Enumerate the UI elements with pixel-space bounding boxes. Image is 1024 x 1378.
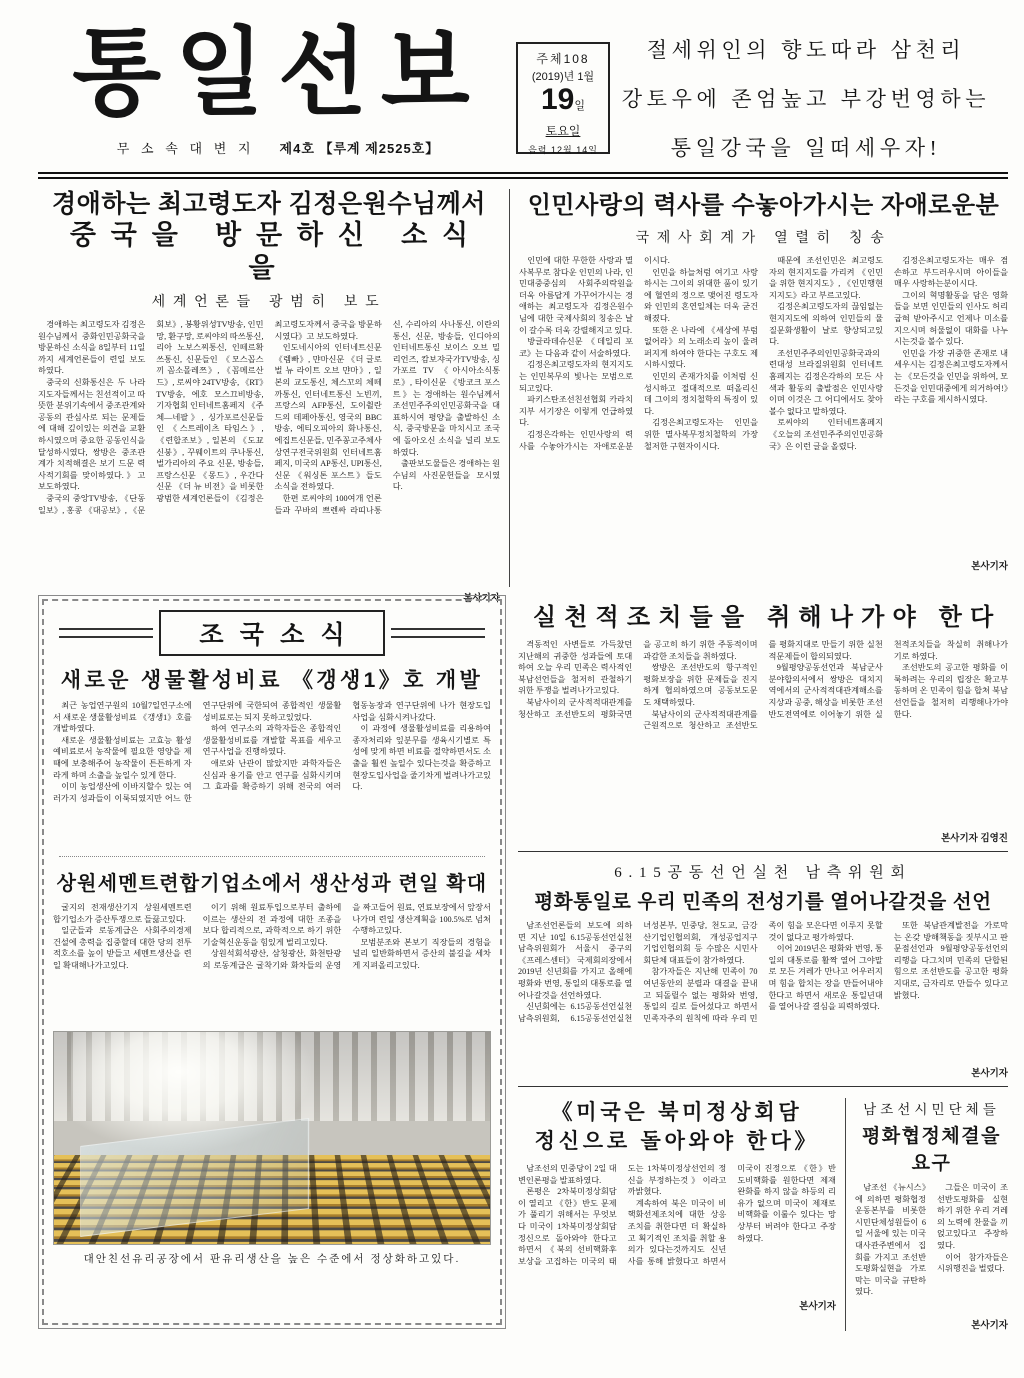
photo-caption: 대안친선유리공장에서 판유리생산을 높은 수준에서 정상화하고있다. bbox=[53, 1251, 491, 1266]
paragraph: 인민을 하늘처럼 여기고 사랑하시는 그이의 위대한 품이 있기에 혈연의 정으… bbox=[644, 267, 758, 325]
paragraph: 인민의 존재가치를 이처럼 신성시하고 절대적으로 떠올리신데 그이의 정치철학… bbox=[644, 371, 758, 417]
kicker-peace: 남조선시민단체들 bbox=[855, 1098, 1008, 1118]
subhead-china-visit: 세계언론들 광범히 보도 bbox=[38, 291, 500, 311]
paragraph: 파키스탄조선친선협회 카라치지부 서기장은 이렇게 언급하였다. bbox=[519, 394, 633, 429]
byline: 본사기자 bbox=[518, 1298, 836, 1312]
paragraph: 이기 위해 원료투입으로부터 출하에 이르는 생산의 전 과정에 대한 조종을 … bbox=[203, 902, 342, 948]
newspaper-page: 통일선보 무소속대변지 제4호 【루계 제2525호】 주체108 (2019)… bbox=[0, 0, 1024, 1378]
article-body: 인민에 대한 무한한 사랑과 멸사복무로 참다운 인민의 나라, 인민대중중심의… bbox=[519, 255, 1008, 555]
headline-peace: 평화협정체결을 요구 bbox=[855, 1121, 1008, 1175]
article-body: 격동적인 사변들로 가득찼던 지난해의 귀중한 성과들에 토대하여 오늘 우리 … bbox=[518, 639, 1008, 827]
headline-measures: 실천적조치들을 취해나가야 한다 bbox=[518, 597, 1008, 632]
paragraph: 인도네시아의 인터네트신문 《렘빠》, 먄마신문 《더 글로벌 뉴 라이트 오브… bbox=[275, 342, 382, 493]
bottom-section: 조국소식 새로운 생물활성비료 《갱생1》호 개발 최근 농업연구원의 10월7… bbox=[38, 595, 1008, 1331]
paragraph: 조선반도의 공고한 평화를 이룩하려는 우리의 립장은 확고부동하며 온 민족이… bbox=[894, 662, 1008, 720]
headline-us-line1: 《미국은 북미정상회담 bbox=[518, 1098, 836, 1127]
paragraph: 때문에 조선인민은 최고령도자의 현지지도를 가리켜 《인민을 위한 현지지도》… bbox=[769, 255, 883, 301]
masthead-subline: 무소속대변지 제4호 【루계 제2525호】 bbox=[68, 138, 488, 157]
paragraph: 인민에 대한 무한한 사랑과 멸사복무로 참다운 인민의 나라, 인민대중중심의… bbox=[519, 255, 633, 336]
masthead: 통일선보 무소속대변지 제4호 【루계 제2525호】 주체108 (2019)… bbox=[38, 26, 1008, 168]
paragraph: 하여 연구소의 과학자들은 종합적인 생물활성비료를 개발할 목표를 세우고 연… bbox=[203, 723, 342, 758]
paragraph: 또한 온 나라에 《세상에 부럼없어라》의 노래소리 높이 울려퍼지게 하여야 … bbox=[644, 325, 758, 371]
paragraph: 김정은최고령도자의 현지지도는 인민복무의 빛나는 모범으로 되고있다. bbox=[519, 359, 633, 394]
paragraph: 남조선의 민중당이 2일 대변인론평을 발표하였다. bbox=[518, 1163, 617, 1186]
paragraph: 굴지의 전재생산기지 상원세멘트련합기업소가 증산투쟁으로 들끓고있다. bbox=[53, 902, 192, 925]
article-people-love: 인민사랑의 력사를 수놓아가시는 자애로운분 국제사회계가 열렬히 칭송 인민에… bbox=[519, 185, 1008, 587]
byline: 본사기자 bbox=[855, 1317, 1008, 1331]
top-stories: 경애하는 최고령도자 김정은원수님께서 중국을 방문하신 소식을 세계언론들 광… bbox=[38, 185, 1008, 587]
paragraph: 남조선 《뉴시스》에 의하면 평화협정운동본부를 비롯한 시민단체성원들이 6일… bbox=[855, 1182, 926, 1298]
article-body: 굴지의 전재생산기지 상원세멘트련합기업소가 증산투쟁으로 들끓고있다.일군들과… bbox=[53, 902, 491, 1024]
paragraph: 모범분조와 본보기 직장들의 경험을 널리 일반화하면서 증산의 불길을 세차게… bbox=[352, 937, 491, 972]
paragraph: 남조선언론들의 보도에 의하면 지난 10일 6.15공동선언실천 남측위원회가… bbox=[518, 920, 632, 1001]
section-header: 조국소식 bbox=[53, 610, 491, 656]
headline-us-summit: 《미국은 북미정상회담 정신으로 돌아와야 한다》 bbox=[518, 1098, 836, 1156]
headline-people-love: 인민사랑의 력사를 수놓아가시는 자애로운분 bbox=[519, 191, 1008, 221]
headline-china-visit-line2: 중국을 방문하신 소식을 bbox=[38, 219, 500, 285]
factory-photo bbox=[53, 1031, 491, 1245]
article-body: 최근 농업연구원의 10월7일연구소에서 새로운 생물활성비료 《갱생1》호를 … bbox=[53, 700, 491, 848]
paragraph: 김정은최고령도자는 인민을 위한 멸사복무정치철학의 가장 철저한 구현자이시다… bbox=[644, 417, 758, 452]
article-body: 남조선 《뉴시스》에 의하면 평화협정운동본부를 비롯한 시민단체성원들이 6일… bbox=[855, 1182, 1008, 1314]
day-unit: 일 bbox=[574, 100, 585, 112]
article-615: 6.15공동선언실천 남측위원회 평화통일로 우리 민족의 전성기를 열어나갈것… bbox=[518, 859, 1008, 1079]
paragraph: 조선민주주의인민공화국과의 련대성 브라질위원회 인터네트홈페지는 김정은각하의… bbox=[769, 348, 883, 418]
headline-cement: 상원세멘트련합기업소에서 생산성과 련일 확대 bbox=[53, 867, 491, 896]
lunar-date: 음력 12월 14일 bbox=[518, 143, 608, 156]
section-rule bbox=[518, 1086, 1008, 1087]
headline-us-line2: 정신으로 돌아와야 한다》 bbox=[518, 1127, 836, 1156]
date-box: 주체108 (2019)년 1월 19일 토요일 음력 12월 14일 bbox=[516, 42, 610, 154]
paragraph: 이 과정에 생물활성비료를 리용하여 종자처리와 잎분무를 생육시기별로 특성에… bbox=[352, 723, 491, 793]
article-body: 남조선언론들의 보도에 의하면 지난 10일 6.15공동선언실천 남측위원회가… bbox=[518, 920, 1008, 1062]
article-measures: 실천적조치들을 취해나가야 한다 격동적인 사변들로 가득찼던 지난해의 귀중한… bbox=[518, 595, 1008, 844]
homeland-news-inner: 조국소식 새로운 생물활성비료 《갱생1》호 개발 최근 농업연구원의 10월7… bbox=[42, 599, 502, 1325]
byline: 본사기자 bbox=[519, 558, 1008, 572]
paragraph: 그이의 혁명활동을 담은 영화들을 보면 인민들의 인사도 허리굽혀 받아주시고… bbox=[894, 290, 1008, 348]
paragraph: 최근 농업연구원의 10월7일연구소에서 새로운 생물활성비료 《갱생1》호를 … bbox=[53, 700, 192, 735]
article-body: 경애하는 최고령도자 김정은원수님께서 중화인민공화국을 방문하신 소식을 8일… bbox=[38, 319, 500, 587]
subhead-people-love: 국제사회계가 열렬히 칭송 bbox=[519, 227, 1008, 247]
article-us-summit: 《미국은 북미정상회담 정신으로 돌아와야 한다》 남조선의 민중당이 2일 대… bbox=[518, 1094, 836, 1331]
paragraph: 출판보도물들은 경애하는 원수님의 사진문헌들을 모시였다. bbox=[393, 458, 500, 493]
article-peace-treaty: 남조선시민단체들 평화협정체결을 요구 남조선 《뉴시스》에 의하면 평화협정운… bbox=[855, 1094, 1008, 1331]
paragraph: 로씨야의 인터네트홈페지 《오늘의 조선민주주의인민공화국》은 이런 글을 올렸… bbox=[769, 417, 883, 452]
byline: 본사기자 김영진 bbox=[518, 830, 1008, 844]
tagline: 무소속대변지 bbox=[117, 141, 263, 156]
paragraph: 방글라데슈신문 《데일리 포코》는 다음과 같이 서술하였다. bbox=[519, 336, 633, 359]
paragraph: 새로운 생물활성비료는 고효능 활성예비료로서 농작물에 필요한 영양을 제때에… bbox=[53, 735, 192, 781]
paragraph: 김정은최고령도자의 끊임없는 현지지도에 의하여 인민들의 물질문화생활이 날로… bbox=[769, 301, 883, 347]
paragraph: 중국의 신화통신은 두 나라 지도자들께서는 친선적이고 따뜻한 분위기속에서 … bbox=[38, 377, 145, 493]
juche-year: 주체108 bbox=[518, 50, 608, 67]
paragraph: 그들은 미국이 조선반도평화를 실현하기 위한 우리 겨레의 노력에 찬물을 끼… bbox=[937, 1182, 1008, 1252]
headline-fertilizer: 새로운 생물활성비료 《갱생1》호 개발 bbox=[53, 664, 491, 694]
paragraph: 이어 2019년은 평화와 번영, 통일의 대통로를 활짝 열어 그야말로 모든… bbox=[769, 943, 883, 1013]
paragraph: 절세위인의 향도따라 삼천리 bbox=[610, 34, 1002, 64]
year-month: (2019)년 1월 bbox=[518, 68, 608, 84]
bottom-row: 《미국은 북미정상회담 정신으로 돌아와야 한다》 남조선의 민중당이 2일 대… bbox=[518, 1094, 1008, 1331]
headline-615: 평화통일로 우리 민족의 전성기를 열어나갈것을 선언 bbox=[518, 886, 1008, 914]
column-divider bbox=[509, 189, 510, 587]
paragraph: 일군들과 로동계급은 사회주의경제건설에 총력을 집중할데 대한 당의 전투적호… bbox=[53, 925, 192, 971]
kicker-615: 6.15공동선언실천 남측위원회 bbox=[518, 861, 1008, 882]
paragraph: 이어 참가자들은 시위행진을 벌렸다. bbox=[937, 1252, 1008, 1275]
paragraph: 인민을 가장 귀중한 존재로 내세우시는 김정은최고령도자께서는 《모든것을 인… bbox=[894, 348, 1008, 406]
right-bottom-column: 실천적조치들을 취해나가야 한다 격동적인 사변들로 가득찼던 지난해의 귀중한… bbox=[518, 595, 1008, 1331]
paragraph: 경애하는 최고령도자 김정은원수님께서 중화인민공화국을 방문하신 소식을 8일… bbox=[38, 319, 145, 377]
newspaper-title: 통일선보 bbox=[68, 16, 488, 128]
paragraph: 쌍방은 조선반도의 항구적인 평화보장을 위한 문제들을 진지하게 협의하였으며… bbox=[643, 662, 757, 708]
weekday: 토요일 bbox=[518, 122, 608, 139]
section-rule bbox=[518, 851, 1008, 852]
day-value: 19 bbox=[541, 83, 574, 116]
masthead-slogan: 절세위인의 향도따라 삼천리강토우에 존엄높고 부강번영하는통일강국을 일떠세우… bbox=[610, 34, 1002, 181]
column-divider bbox=[845, 1098, 846, 1331]
section-title: 조국소식 bbox=[159, 610, 385, 656]
day-number: 19일 bbox=[518, 85, 608, 121]
article-china-visit: 경애하는 최고령도자 김정은원수님께서 중국을 방문하신 소식을 세계언론들 광… bbox=[38, 185, 500, 587]
paragraph: 격동적인 사변들로 가득찼던 지난해의 귀중한 성과들에 토대하여 오늘 우리 … bbox=[518, 639, 632, 697]
headline-china-visit-line1: 경애하는 최고령도자 김정은원수님께서 bbox=[38, 189, 500, 219]
paragraph: 강토우에 존엄높고 부강번영하는 bbox=[610, 83, 1002, 113]
paragraph: 통일강국을 일떠세우자! bbox=[610, 132, 1002, 162]
paragraph: 김정은최고령도자는 매우 겸손하고 부드러우시며 아이들을 매우 사랑하는분이시… bbox=[894, 255, 1008, 290]
issue-number: 제4호 【루계 제2525호】 bbox=[280, 141, 440, 156]
article-divider bbox=[59, 856, 485, 857]
homeland-news-box: 조국소식 새로운 생물활성비료 《갱생1》호 개발 최근 농업연구원의 10월7… bbox=[38, 595, 506, 1329]
byline: 본사기자 bbox=[518, 1065, 1008, 1079]
paragraph: 또한 북남관계발전을 가로막는 온갖 방해책동을 짓부시고 판문점선언과 9월평… bbox=[894, 920, 1008, 1001]
header-rule-left bbox=[59, 628, 153, 638]
header-rule-right bbox=[391, 628, 485, 638]
article-body: 남조선의 민중당이 2일 대변인론평을 발표하였다.론평은 2차북미정상회담이 … bbox=[518, 1163, 836, 1295]
